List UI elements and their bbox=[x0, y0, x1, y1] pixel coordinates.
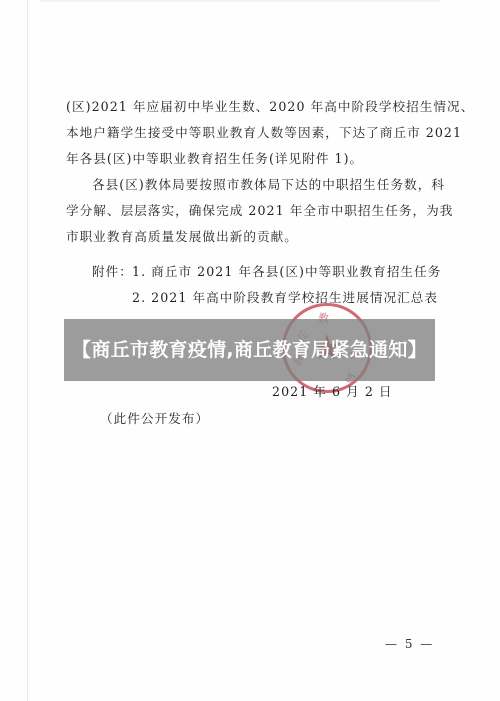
page-top-shadow bbox=[40, 0, 440, 3]
paragraph-1-line-2: 本地户籍学生接受中等职业教育人数等因素，下达了商丘市 2021 bbox=[66, 125, 462, 141]
title-banner: 【商丘市教育疫情,商丘教育局紧急通知】 bbox=[64, 319, 435, 381]
paragraph-2-line-1: 各县(区)教体局要按照市教体局下达的中职招生任务数，科 bbox=[92, 177, 445, 193]
paragraph-1-line-1: (区)2021 年应届初中毕业生数、2020 年高中阶段学校招生情况、 bbox=[66, 99, 474, 115]
banner-title: 【商丘市教育疫情,商丘教育局紧急通知】 bbox=[66, 337, 433, 363]
attachments-label: 附件： bbox=[92, 264, 133, 280]
attachment-item-2: 2. 2021 年高中阶段教育学校招生进展情况汇总表 bbox=[132, 290, 438, 306]
paragraph-1-line-3: 年各县(区)中等职业教育招生任务(详见附件 1)。 bbox=[66, 151, 363, 167]
paragraph-2-line-2: 学分解、层层落实，确保完成 2021 年全市中职招生任务，为我 bbox=[66, 203, 453, 219]
paragraph-2-line-3: 市职业教育高质量发展做出新的贡献。 bbox=[66, 229, 298, 245]
document-date: 2021 年 6 月 2 日 bbox=[272, 384, 393, 400]
page-edge-divider bbox=[27, 0, 28, 701]
publish-note: （此件公开发布） bbox=[100, 411, 209, 427]
page-number: — 5 — bbox=[385, 637, 434, 651]
attachment-item-1: 1. 商丘市 2021 年各县(区)中等职业教育招生任务 bbox=[132, 264, 441, 280]
